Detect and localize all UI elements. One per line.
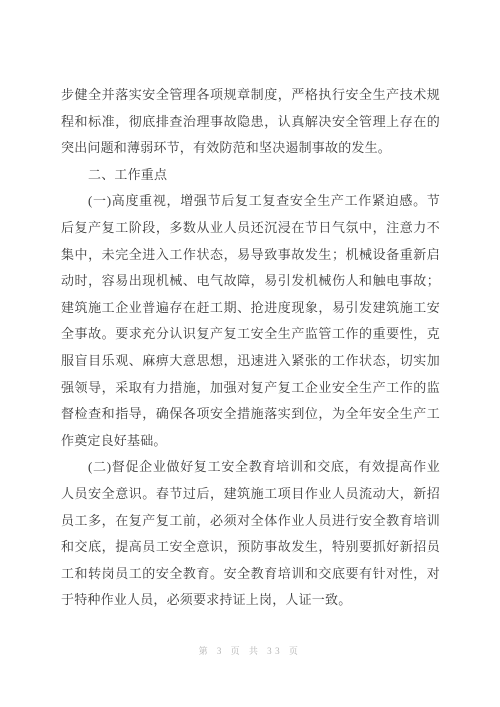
document-body: 步健全并落实安全管理各项规章制度，严格执行安全生产技术规 程和标准，彻底排查治理… <box>61 82 440 614</box>
text-line: 和交底，提高员工安全意识，预防事故发生，特别要抓好新招员 <box>61 534 440 561</box>
section-heading: 二、工作重点 <box>61 162 440 189</box>
page-number: 第 3 页 共 33 页 <box>0 644 500 657</box>
text-line: 于特种作业人员，必须要求持证上岗，人证一致。 <box>61 587 440 614</box>
text-line: 工和转岗员工的安全教育。安全教育培训和交底要有针对性，对 <box>61 561 440 588</box>
text-line: (一)高度重视，增强节后复工复查安全生产工作紧迫感。节 <box>61 188 440 215</box>
text-line: 建筑施工企业普遍存在赶工期、抢进度现象，易引发建筑施工安 <box>61 295 440 322</box>
text-line: 督检查和指导，确保各项安全措施落实到位，为全年安全生产工 <box>61 401 440 428</box>
text-line: 员工多，在复产复工前，必须对全体作业人员进行安全教育培训 <box>61 508 440 535</box>
text-line: 步健全并落实安全管理各项规章制度，严格执行安全生产技术规 <box>61 82 440 109</box>
text-line: 动时，容易出现机械、电气故障，易引发机械伤人和触电事故； <box>61 268 440 295</box>
text-line: 人员安全意识。春节过后，建筑施工项目作业人员流动大，新招 <box>61 481 440 508</box>
text-line: 作奠定良好基础。 <box>61 428 440 455</box>
text-line: 突出问题和薄弱环节，有效防范和坚决遏制事故的发生。 <box>61 135 440 162</box>
text-line: 后复产复工阶段，多数从业人员还沉浸在节日气氛中，注意力不 <box>61 215 440 242</box>
text-line: (二)督促企业做好复工安全教育培训和交底，有效提高作业 <box>61 454 440 481</box>
text-line: 强领导，采取有力措施，加强对复产复工企业安全生产工作的监 <box>61 375 440 402</box>
text-line: 服盲目乐观、麻痹大意思想，迅速进入紧张的工作状态，切实加 <box>61 348 440 375</box>
text-line: 程和标准，彻底排查治理事故隐患，认真解决安全管理上存在的 <box>61 109 440 136</box>
document-page: 步健全并落实安全管理各项规章制度，严格执行安全生产技术规 程和标准，彻底排查治理… <box>0 0 500 707</box>
text-line: 全事故。要求充分认识复产复工安全生产监管工作的重要性，克 <box>61 321 440 348</box>
text-line: 集中，未完全进入工作状态，易导致事故发生；机械设备重新启 <box>61 242 440 269</box>
